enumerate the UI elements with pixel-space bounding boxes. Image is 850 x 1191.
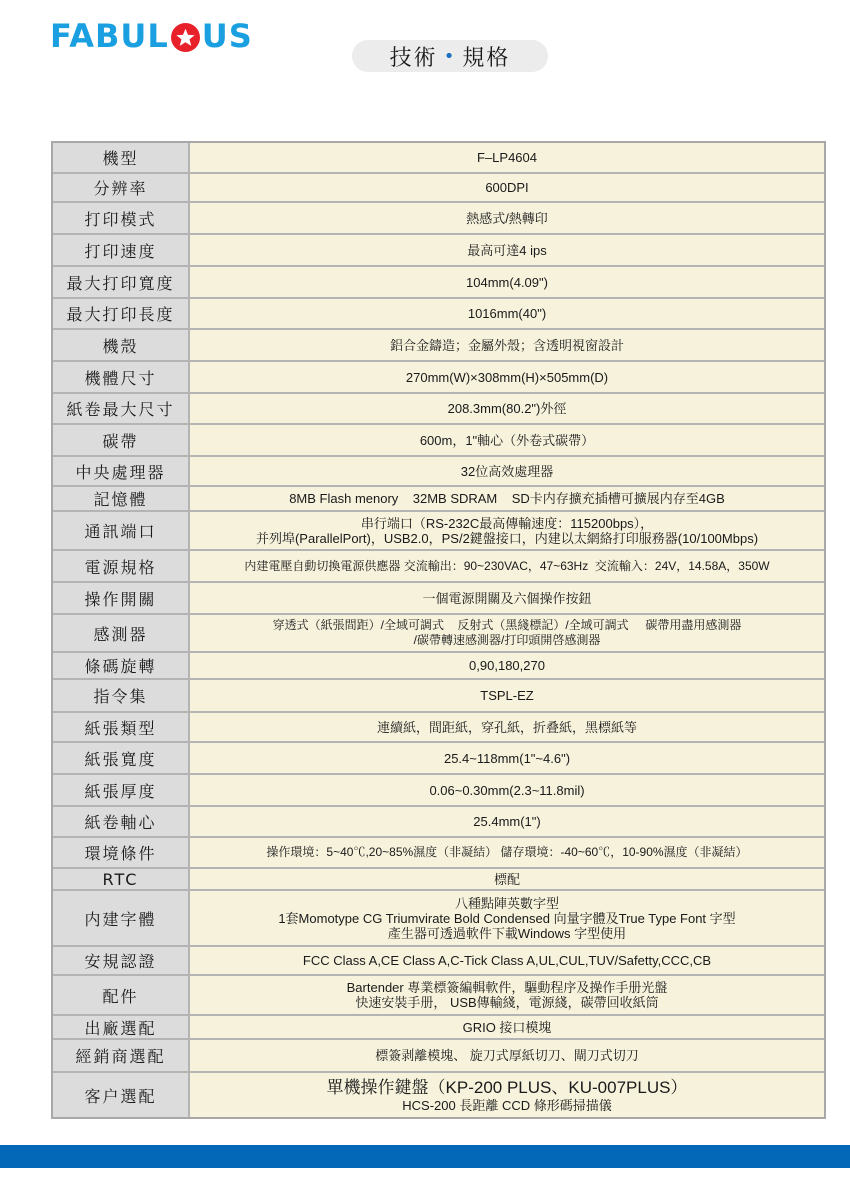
- table-row: 分辨率600DPI: [53, 174, 824, 203]
- spec-label: 通訊端口: [53, 512, 190, 549]
- table-row: 安規認證FCC Class A,CE Class A,C-Tick Class …: [53, 947, 824, 976]
- spec-value: Bartender 專業標簽編輯軟件，驅動程序及操作手册光盤快速安裝手册， US…: [190, 976, 824, 1014]
- spec-value-line: GRIO 接口模塊: [463, 1020, 552, 1035]
- spec-label: 紙張類型: [53, 713, 190, 741]
- table-row: 紙張寬度25.4~118mm(1"~4.6"): [53, 743, 824, 775]
- table-row: 感測器穿透式（紙張間距）/全域可調式 反射式（黑綫標記）/全域可調式 碳帶用盡用…: [53, 615, 824, 653]
- table-row: 打印速度最高可達4 ips: [53, 235, 824, 267]
- spec-label: 操作開關: [53, 583, 190, 613]
- spec-value: 600m，1"軸心（外卷式碳帶）: [190, 425, 824, 455]
- spec-value-line: 穿透式（紙張間距）/全域可調式 反射式（黑綫標記）/全域可調式 碳帶用盡用感測器: [273, 618, 742, 633]
- spec-value-line: /碳帶轉速感測器/打印頭開啓感測器: [414, 633, 601, 648]
- spec-value: 0,90,180,270: [190, 653, 824, 678]
- spec-value-line: 產生器可透過軟件下載Windows 字型使用: [388, 926, 626, 941]
- spec-value: 208.3mm(80.2")外徑: [190, 394, 824, 423]
- spec-label: 電源規格: [53, 551, 190, 581]
- spec-label: 指令集: [53, 680, 190, 711]
- spec-value-line: Bartender 專業標簽編輯軟件，驅動程序及操作手册光盤: [347, 980, 668, 995]
- spec-label: 機殼: [53, 330, 190, 360]
- spec-value: TSPL-EZ: [190, 680, 824, 711]
- title-part-2: 規格: [462, 41, 510, 72]
- spec-value: 0.06~0.30mm(2.3~11.8mil): [190, 775, 824, 805]
- spec-value-line: 0,90,180,270: [469, 658, 545, 673]
- spec-label: 經銷商選配: [53, 1040, 190, 1071]
- brand-logo: FABUL US: [50, 18, 253, 54]
- spec-value-line: 鋁合金鑄造；金屬外殼；含透明視窗設計: [390, 338, 624, 353]
- table-row: 電源規格内建電壓自動切換電源供應器 交流輸出：90~230VAC，47~63Hz…: [53, 551, 824, 583]
- spec-label: 感測器: [53, 615, 190, 651]
- table-row: 環境條件操作環境：5~40℃,20~85%濕度（非凝結） 儲存環境：-40~60…: [53, 838, 824, 869]
- spec-value: 熱感式/熱轉印: [190, 203, 824, 233]
- spec-value-line: 操作環境：5~40℃,20~85%濕度（非凝結） 儲存環境：-40~60℃，10…: [266, 845, 747, 860]
- spec-label: 紙張寬度: [53, 743, 190, 773]
- spec-label: 打印模式: [53, 203, 190, 233]
- table-row: 出廠選配GRIO 接口模塊: [53, 1016, 824, 1040]
- spec-label: RTC: [53, 869, 190, 889]
- spec-value-line: 并列埠(ParallelPort)，USB2.0，PS/2鍵盤接口，内建以太網絡…: [256, 531, 758, 546]
- page-title: 技術 • 規格: [352, 40, 548, 72]
- spec-value: 最高可達4 ips: [190, 235, 824, 265]
- table-row: 條碼旋轉0,90,180,270: [53, 653, 824, 680]
- spec-value-line: 104mm(4.09"): [466, 275, 548, 290]
- spec-label: 碳帶: [53, 425, 190, 455]
- spec-value-line: 標配: [494, 872, 520, 887]
- spec-value: 270mm(W)×308mm(H)×505mm(D): [190, 362, 824, 392]
- table-row: 紙卷最大尺寸208.3mm(80.2")外徑: [53, 394, 824, 425]
- table-row: RTC標配: [53, 869, 824, 891]
- spec-value-line: F–LP4604: [477, 150, 537, 165]
- spec-value-line: 600DPI: [485, 180, 528, 195]
- spec-value: 一個電源開關及六個操作按鈕: [190, 583, 824, 613]
- spec-value-line: 標簽剥離模塊、 旋刀式厚紙切刀、閘刀式切刀: [375, 1048, 639, 1063]
- spec-value-line: 内建電壓自動切換電源供應器 交流輸出：90~230VAC，47~63Hz 交流輸…: [244, 559, 769, 574]
- table-row: 通訊端口串行端口（RS-232C最高傳輸速度：115200bps），并列埠(Pa…: [53, 512, 824, 551]
- spec-value-line: 208.3mm(80.2")外徑: [448, 401, 567, 416]
- spec-label: 記憶體: [53, 487, 190, 510]
- spec-value-line: 8MB Flash menory 32MB SDRAM SD卡内存擴充插槽可擴展…: [289, 491, 725, 506]
- table-row: 内建字體八種點陣英數字型1套Momotype CG Triumvirate Bo…: [53, 891, 824, 947]
- spec-label: 分辨率: [53, 174, 190, 201]
- spec-value-line: 快速安裝手册， USB傳輸綫，電源綫，碳帶回收紙筒: [355, 995, 658, 1010]
- spec-value: 8MB Flash menory 32MB SDRAM SD卡内存擴充插槽可擴展…: [190, 487, 824, 510]
- spec-value: 1016mm(40"): [190, 299, 824, 328]
- spec-value-line: 270mm(W)×308mm(H)×505mm(D): [406, 370, 608, 385]
- table-row: 記憶體8MB Flash menory 32MB SDRAM SD卡内存擴充插槽…: [53, 487, 824, 512]
- spec-value-line: 最高可達4 ips: [467, 243, 546, 258]
- spec-value-line: TSPL-EZ: [480, 688, 533, 703]
- title-separator: •: [444, 46, 457, 67]
- spec-label: 内建字體: [53, 891, 190, 945]
- spec-value: 穿透式（紙張間距）/全域可調式 反射式（黑綫標記）/全域可調式 碳帶用盡用感測器…: [190, 615, 824, 651]
- spec-value: GRIO 接口模塊: [190, 1016, 824, 1038]
- spec-value-line: 1016mm(40"): [468, 306, 546, 321]
- spec-value-line: 連續紙，間距紙，穿孔紙，折叠紙，黑標紙等: [377, 720, 637, 735]
- spec-label: 機型: [53, 143, 190, 172]
- table-row: 機體尺寸270mm(W)×308mm(H)×505mm(D): [53, 362, 824, 394]
- spec-label: 安規認證: [53, 947, 190, 974]
- spec-value: 串行端口（RS-232C最高傳輸速度：115200bps），并列埠(Parall…: [190, 512, 824, 549]
- spec-value: 600DPI: [190, 174, 824, 201]
- spec-value-line: 一個電源開關及六個操作按鈕: [422, 591, 591, 606]
- table-row: 指令集TSPL-EZ: [53, 680, 824, 713]
- spec-label: 最大打印長度: [53, 299, 190, 328]
- table-row: 最大打印長度1016mm(40"): [53, 299, 824, 330]
- spec-value-line: 32位高效處理器: [461, 464, 553, 479]
- spec-label: 環境條件: [53, 838, 190, 867]
- spec-value: F–LP4604: [190, 143, 824, 172]
- logo-text-right: US: [202, 17, 253, 55]
- table-row: 配件Bartender 專業標簽編輯軟件，驅動程序及操作手册光盤快速安裝手册， …: [53, 976, 824, 1016]
- table-row: 經銷商選配標簽剥離模塊、 旋刀式厚紙切刀、閘刀式切刀: [53, 1040, 824, 1073]
- table-row: 中央處理器32位高效處理器: [53, 457, 824, 487]
- star-icon: [171, 23, 200, 52]
- spec-value: 單機操作鍵盤（KP-200 PLUS、KU-007PLUS）HCS-200 長距…: [190, 1073, 824, 1117]
- logo-text-left: FABUL: [50, 17, 169, 55]
- spec-value-line: HCS-200 長距離 CCD 條形碼掃描儀: [402, 1098, 611, 1113]
- spec-value-line: 八種點陣英數字型: [455, 896, 559, 911]
- spec-label: 出廠選配: [53, 1016, 190, 1038]
- spec-value: 標配: [190, 869, 824, 889]
- table-row: 客户選配單機操作鍵盤（KP-200 PLUS、KU-007PLUS）HCS-20…: [53, 1073, 824, 1117]
- table-row: 機殼鋁合金鑄造；金屬外殼；含透明視窗設計: [53, 330, 824, 362]
- table-row: 碳帶600m，1"軸心（外卷式碳帶）: [53, 425, 824, 457]
- spec-value-line: 25.4~118mm(1"~4.6"): [444, 751, 570, 766]
- table-row: 最大打印寬度104mm(4.09"): [53, 267, 824, 299]
- footer-band: [0, 1145, 850, 1168]
- spec-value-line: FCC Class A,CE Class A,C-Tick Class A,UL…: [303, 953, 711, 968]
- spec-label: 客户選配: [53, 1073, 190, 1117]
- spec-value-line: 單機操作鍵盤（KP-200 PLUS、KU-007PLUS）: [327, 1078, 688, 1098]
- spec-value-line: 串行端口（RS-232C最高傳輸速度：115200bps），: [361, 516, 653, 531]
- title-part-1: 技術: [390, 41, 438, 72]
- spec-value: 操作環境：5~40℃,20~85%濕度（非凝結） 儲存環境：-40~60℃，10…: [190, 838, 824, 867]
- table-row: 打印模式熱感式/熱轉印: [53, 203, 824, 235]
- spec-value-line: 熱感式/熱轉印: [466, 211, 548, 226]
- table-row: 紙張厚度0.06~0.30mm(2.3~11.8mil): [53, 775, 824, 807]
- table-row: 紙張類型連續紙，間距紙，穿孔紙，折叠紙，黑標紙等: [53, 713, 824, 743]
- spec-value-line: 25.4mm(1"): [473, 814, 540, 829]
- spec-label: 紙張厚度: [53, 775, 190, 805]
- spec-value: 25.4~118mm(1"~4.6"): [190, 743, 824, 773]
- table-row: 操作開關一個電源開關及六個操作按鈕: [53, 583, 824, 615]
- spec-value: 内建電壓自動切換電源供應器 交流輸出：90~230VAC，47~63Hz 交流輸…: [190, 551, 824, 581]
- spec-value: 32位高效處理器: [190, 457, 824, 485]
- spec-value: 25.4mm(1"): [190, 807, 824, 836]
- table-row: 紙卷軸心25.4mm(1"): [53, 807, 824, 838]
- spec-label: 配件: [53, 976, 190, 1014]
- spec-value-line: 600m，1"軸心（外卷式碳帶）: [420, 433, 594, 448]
- table-row: 機型F–LP4604: [53, 143, 824, 174]
- spec-value-line: 0.06~0.30mm(2.3~11.8mil): [429, 783, 584, 798]
- spec-value: FCC Class A,CE Class A,C-Tick Class A,UL…: [190, 947, 824, 974]
- spec-value: 八種點陣英數字型1套Momotype CG Triumvirate Bold C…: [190, 891, 824, 945]
- spec-value-line: 1套Momotype CG Triumvirate Bold Condensed…: [278, 911, 735, 926]
- spec-value: 鋁合金鑄造；金屬外殼；含透明視窗設計: [190, 330, 824, 360]
- spec-label: 最大打印寬度: [53, 267, 190, 297]
- spec-label: 中央處理器: [53, 457, 190, 485]
- spec-value: 連續紙，間距紙，穿孔紙，折叠紙，黑標紙等: [190, 713, 824, 741]
- spec-label: 機體尺寸: [53, 362, 190, 392]
- spec-label: 紙卷最大尺寸: [53, 394, 190, 423]
- spec-table: 機型F–LP4604分辨率600DPI打印模式熱感式/熱轉印打印速度最高可達4 …: [51, 141, 826, 1119]
- spec-label: 打印速度: [53, 235, 190, 265]
- spec-value: 104mm(4.09"): [190, 267, 824, 297]
- spec-label: 條碼旋轉: [53, 653, 190, 678]
- spec-label: 紙卷軸心: [53, 807, 190, 836]
- spec-value: 標簽剥離模塊、 旋刀式厚紙切刀、閘刀式切刀: [190, 1040, 824, 1071]
